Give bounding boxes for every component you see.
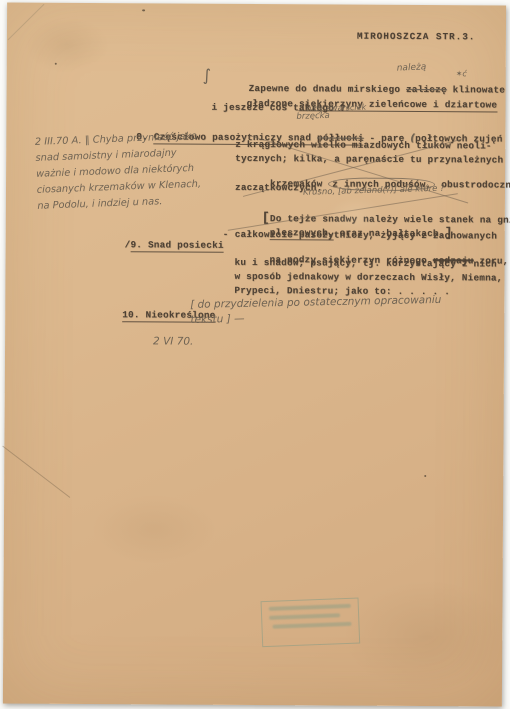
handwritten-note-section-10: [ do przydzielenia po ostatecznym opraco… bbox=[190, 293, 443, 328]
faint-official-stamp bbox=[261, 598, 361, 648]
handwritten-asterisk-mark: ✶ć bbox=[456, 69, 467, 78]
paper-speck bbox=[424, 475, 426, 477]
section-9-title-underlined: 9. Snad posiecki bbox=[130, 239, 223, 252]
paper-speck bbox=[142, 9, 145, 11]
body-line3-post: obustrodocznych bbox=[435, 179, 510, 191]
bottom-left-crease bbox=[2, 446, 70, 499]
section-9-line-3: ku i snadów; psujący, tj. korzystający z… bbox=[235, 257, 497, 270]
stamp-illegible-text-line bbox=[272, 622, 351, 629]
handwritten-opening-bracket: ∫ bbox=[203, 66, 211, 85]
section-9-line-4: w sposób jednakowy w dorzeczach Wisły, N… bbox=[234, 271, 502, 284]
section-9-line-1: całkowicie pasożytniczy, żyjący z zachow… bbox=[235, 229, 497, 242]
handwritten-date: 2 VI 70. bbox=[153, 335, 193, 347]
scanned-document-photo: MIROHOSZCZA STR.3. ∫ Zapewne do dnadu mi… bbox=[0, 0, 510, 709]
page-header-label: MIROHOSZCZA STR.3. bbox=[357, 31, 476, 43]
section-9-dash: - bbox=[223, 229, 229, 240]
stamp-illegible-text-line bbox=[269, 604, 351, 611]
margin-pencil-note: 2 III.70 A. ‖ Chyba przynieść jako snad … bbox=[35, 128, 230, 215]
handwritten-correction-above-heading: brzęcka bbox=[296, 111, 330, 122]
paper-speck bbox=[55, 63, 57, 65]
section-9-heading: /9. Snad posiecki bbox=[90, 228, 224, 262]
top-left-fold-crease bbox=[7, 4, 44, 41]
typewritten-page: MIROHOSZCZA STR.3. ∫ Zapewne do dnadu mi… bbox=[3, 2, 506, 706]
stamp-illegible-text-line bbox=[269, 613, 340, 620]
handwritten-correction-nalezna: należą bbox=[397, 62, 427, 73]
